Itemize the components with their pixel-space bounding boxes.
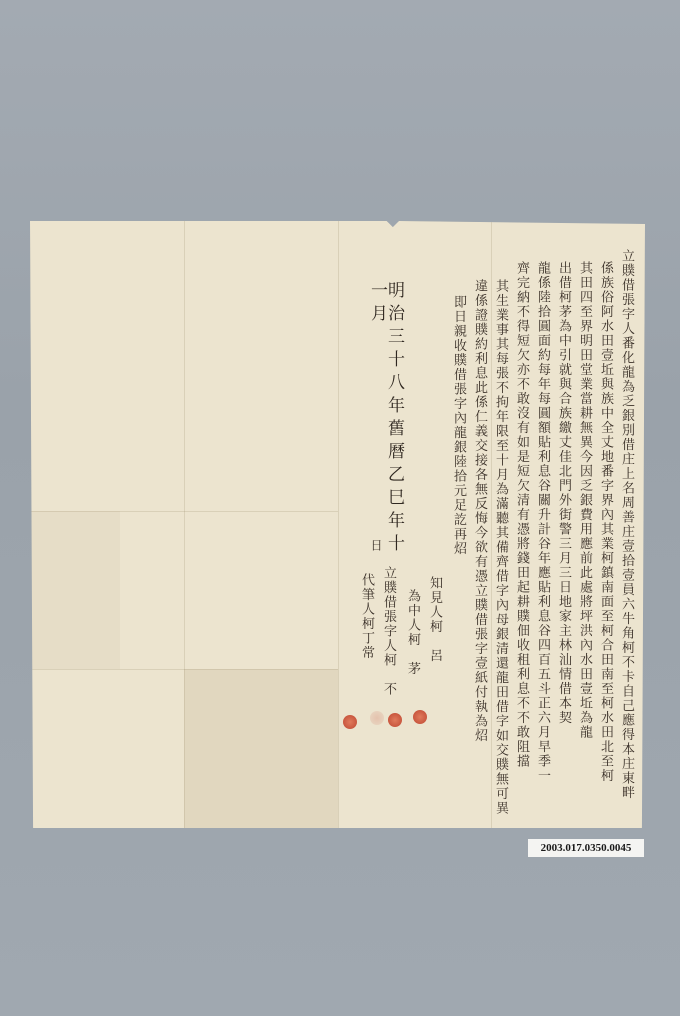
text-column: 違係證贌約利息此係仁義交接各無反悔今欲有憑立贌借張字壹紙付執為炤 <box>473 279 486 824</box>
faint-seal <box>370 711 384 725</box>
red-seal <box>413 710 427 724</box>
fold-line <box>491 221 492 828</box>
paper-stain <box>184 669 338 828</box>
text-column: 即日親收贌借張字內龍銀陸拾元足訖再炤 <box>452 295 465 595</box>
day-mark: 日 <box>370 539 382 559</box>
document-sheet: 立贌借張字人番化龍為乏銀別借庄上名周善庄壹拾壹員六牛角柯不卡自己應得本庄東畔 係… <box>30 221 645 828</box>
fold-line <box>338 221 339 828</box>
red-seal <box>388 713 402 727</box>
text-column: 立贌借張字人番化龍為乏銀別借庄上名周善庄壹拾壹員六牛角柯不卡自己應得本庄東畔 <box>620 249 633 819</box>
witness-signature: 知見人柯 呂 <box>428 576 441 716</box>
borrower-signature: 立贌借張字人柯 不 <box>382 566 395 726</box>
text-column: 出借柯茅為中引就與合族繳丈佳北門外街警三月三日地家主林汕情借本契 <box>557 261 570 821</box>
text-column: 龍係陸拾圓面約每年每圓額貼利息谷關升計谷年應貼利息谷四百五斗正六月早季一 <box>536 261 549 821</box>
catalog-number-label: 2003.017.0350.0045 <box>528 839 644 857</box>
date-line: 明治三十八年舊曆乙巳年十一月 <box>368 281 402 561</box>
paper-stain <box>30 511 120 669</box>
scribe-signature: 代筆人柯丁常 <box>360 573 373 723</box>
middleman-signature: 為中人柯 茅 <box>406 589 419 719</box>
text-column: 其生業事其每張不拘年限至十月為滿聽其備齊借字內母銀清還龍田借字如交贌無可異 <box>494 279 507 824</box>
red-seal <box>343 715 357 729</box>
text-column: 齊完納不得短欠亦不敢沒有如是短欠清有憑將錢田起耕贌佃收租利息不不敢阻擋 <box>515 261 528 821</box>
text-column: 係族俗阿水田壹坵與族中全丈地番字界內其業柯鎮南面至柯合田南至柯水田北至柯 <box>599 261 612 821</box>
text-column: 其田四至界明田堂業當耕無異今因乏銀費用應前此處將坪洪內水田壹坵為龍 <box>578 261 591 821</box>
